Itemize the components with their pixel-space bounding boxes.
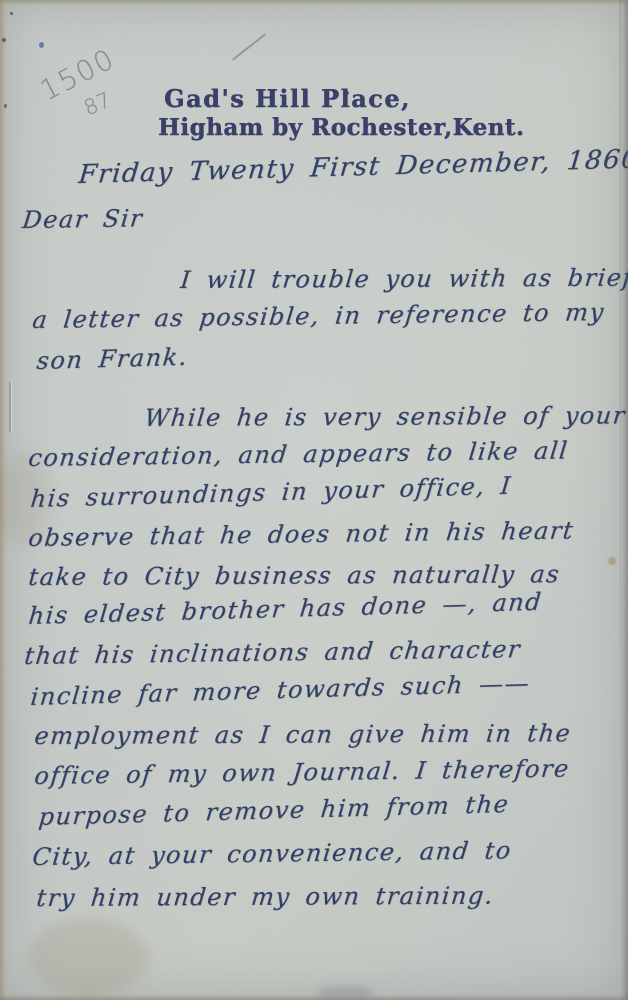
pencil-slash-mark (232, 33, 266, 60)
stain-dot-right (608, 557, 616, 565)
paper-fold-line (619, 0, 621, 760)
manuscript-line: purpose to remove him from the (37, 790, 510, 831)
manuscript-line: that his inclinations and character (23, 635, 522, 670)
paper-edge-top (0, 0, 628, 5)
manuscript-line: observe that he does not in his heart (27, 516, 576, 552)
manuscript-line: son Frank. (35, 343, 189, 375)
dark-speck (10, 12, 13, 15)
date-line: Friday Twenty First December, 1860. (77, 144, 628, 190)
manuscript-line: office of my own Journal. I therefore (33, 755, 571, 790)
manuscript-line: a letter as possible, in reference to my (31, 298, 606, 334)
manuscript-line: consideration, and appears to like all (27, 436, 570, 472)
manuscript-line: his surroundings in your office, I (29, 472, 513, 513)
dark-speck (4, 104, 7, 108)
paper-edge-left (0, 0, 7, 1000)
salutation: Dear Sir (21, 204, 145, 234)
manuscript-line: City, at your convenience, and to (31, 836, 513, 871)
manuscript-line: try him under my own training. (35, 882, 495, 912)
manuscript-line: take to City business as naturally as (27, 560, 561, 591)
manuscript-line: his eldest brother has done —, and (27, 588, 543, 630)
paper-edge-bottom (0, 994, 628, 1000)
letterhead-line1: Gad's Hill Place, (164, 84, 411, 113)
letterhead-line2: Higham by Rochester,Kent. (158, 114, 524, 141)
smudge-bottom-edge (318, 987, 373, 998)
manuscript-line: incline far more towards such —— (29, 669, 531, 711)
dark-speck (2, 38, 6, 42)
letter-page: 1500 87 Gad's Hill Place, Higham by Roch… (0, 0, 628, 1000)
manuscript-line: I will trouble you with as brief (179, 264, 628, 294)
manuscript-line: employment as I can give him in the (33, 719, 573, 750)
pencil-archival-number-secondary: 87 (80, 88, 114, 121)
paper-crease (9, 382, 11, 432)
manuscript-line: While he is very sensible of your (143, 401, 627, 432)
stain-bottom-left (28, 918, 148, 996)
ink-speck-blue (39, 42, 44, 48)
